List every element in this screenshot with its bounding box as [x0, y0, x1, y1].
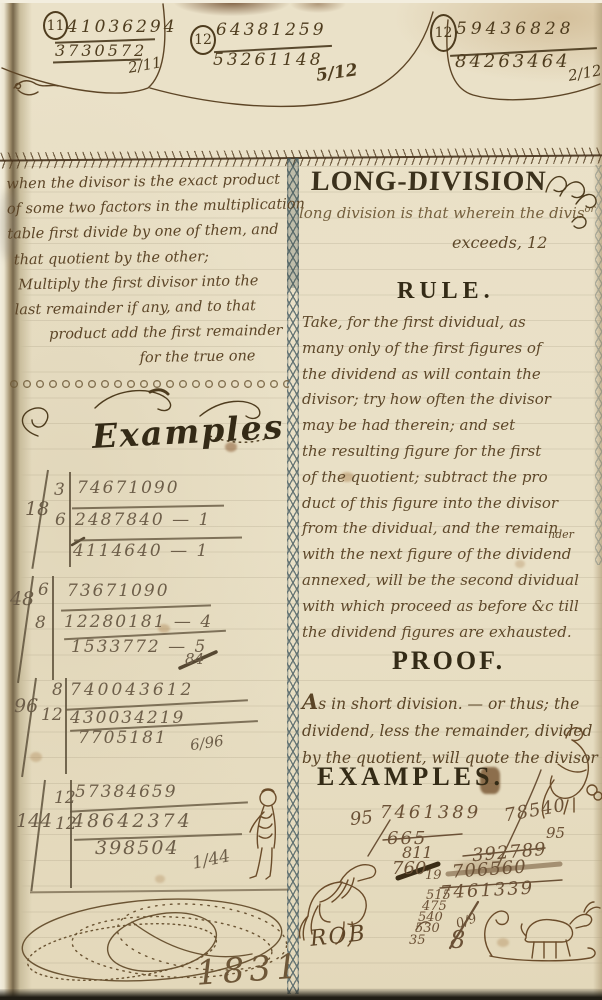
divisor-value: 12 — [435, 25, 453, 41]
factor-value: 8 — [35, 613, 46, 633]
factor-value: 12 — [54, 788, 76, 808]
bracket-slash — [21, 678, 37, 777]
work-line — [72, 505, 224, 509]
work-row: 2487840 — 1 — [75, 510, 211, 530]
division-example-1: 18 3 6 74671090 2487840 — 1 4114640 — 1 — [14, 470, 254, 575]
scratch-number: 7461339 — [440, 878, 535, 904]
subtitle-superscript: or — [585, 204, 596, 215]
rule-line: of the quotient; subtract the pro — [302, 465, 600, 491]
bracket-line — [65, 678, 67, 774]
work-note: 84 — [185, 650, 204, 668]
work-row: 398504 — [95, 837, 180, 859]
rule-line: may be had therein; and set — [302, 413, 600, 439]
scratch-work: 95 7461389 78540 95 665 811 760 392789 7… — [330, 802, 602, 967]
scratch-number: 19 — [425, 868, 442, 883]
scratch-number: 95 — [546, 824, 565, 842]
work-note: 6/96 — [189, 732, 225, 755]
divisor-value: 144 — [16, 810, 52, 832]
intro-line: for the true one — [9, 344, 295, 374]
bracket-slash — [30, 780, 46, 891]
remainder-fraction: 5/12 — [315, 60, 359, 86]
division-example-2: 48 6 8 73671090 12280181 — 4 1533772 — 5… — [6, 576, 256, 676]
rule-line: the resulting figure for the first — [302, 439, 600, 465]
divisor-circle: 11 — [43, 11, 68, 40]
proof-heading: PROOF. — [392, 646, 505, 676]
rule-line: duct of this figure into the divisor — [302, 491, 600, 517]
dividend-value: 64381259 — [216, 20, 327, 40]
divisor-value: 12 — [194, 32, 212, 48]
rule-line: annexed, will be the second dividual — [302, 568, 600, 594]
rule-line: with the next figure of the dividend — [302, 542, 600, 568]
work-row: 740043612 — [70, 680, 194, 700]
factor-value: 6 — [38, 580, 49, 600]
factor-value: 8 — [52, 680, 63, 700]
work-row: 73671090 — [67, 581, 170, 601]
work-row: 4114640 — 1 — [73, 541, 209, 561]
bracket-line — [69, 472, 71, 567]
loop-ornament-divider — [8, 378, 289, 391]
rule-line: with which proceed as before &c till — [302, 594, 600, 620]
divisor-value: 96 — [14, 695, 38, 717]
work-row: 74671090 — [77, 478, 180, 498]
rule-superscript: nder — [548, 528, 574, 541]
factor-value: 6 — [55, 510, 66, 530]
dividend-value: 41036294 — [67, 17, 178, 37]
proof-line: dividend, less the remainder, divided — [302, 718, 600, 745]
divisor-value: 18 — [25, 498, 49, 520]
examples-heading: EXAMPLES. — [317, 762, 504, 792]
divisor-circle: 12 — [430, 14, 457, 52]
scratch-number: 35 — [409, 933, 426, 948]
work-line — [61, 604, 211, 611]
work-row: 12280181 — 4 — [64, 612, 213, 632]
factor-value: 12 — [41, 705, 63, 725]
scratch-number: 760 — [392, 858, 426, 879]
dividend-value: 59436828 — [456, 19, 575, 39]
subtitle-line: long division is that wherein the diviso… — [299, 204, 595, 222]
intro-line: table first divide by one of them, and — [7, 218, 293, 248]
division-example-4: 144 12 12 57384659 48642374 398504 1/44 — [8, 780, 268, 890]
quotient-value: 84263464 — [455, 51, 571, 72]
work-row: 57384659 — [75, 782, 178, 802]
scratch-number: 95 — [349, 807, 374, 830]
rule-line: Take, for the first dividual, as — [302, 310, 600, 336]
scratch-number: 7461389 — [380, 802, 481, 823]
bracket-line — [70, 780, 72, 888]
proof-paragraph: As in short division. — or thus; the div… — [302, 688, 600, 772]
rule-line: divisor; try how often the divisor — [302, 387, 600, 413]
bracket-line — [52, 576, 54, 680]
rule-line: many only of the first figures of — [302, 336, 600, 362]
long-division-title: LONG-DIVISION — [310, 166, 547, 198]
factor-value: 3 — [54, 480, 65, 500]
page-bottom-edge — [0, 989, 602, 1000]
rule-line: the dividend figures are exhausted. — [302, 620, 600, 646]
quotient-value: 53261148 — [213, 50, 324, 70]
rule-paragraph: Take, for the first dividual, as many on… — [302, 310, 600, 645]
manuscript-page: 11 41036294 3730572 2/11 12 64381259 532… — [0, 0, 602, 1000]
subtitle-line: exceeds, 12 — [452, 233, 547, 252]
work-row: 7705181 — [78, 728, 168, 748]
proof-line: As in short division. — or thus; the — [302, 688, 600, 718]
divisor-value: 11 — [47, 18, 65, 34]
rule-line: the dividend as will contain the — [302, 362, 600, 388]
work-note: 1/44 — [190, 846, 232, 874]
subtitle-text: long division is that wherein the divis — [299, 204, 585, 222]
work-row: 48642374 — [72, 810, 193, 832]
year-mark: 1831 — [195, 946, 304, 993]
page-top-edge — [0, 0, 602, 3]
intro-paragraph: when the divisor is the exact product of… — [6, 168, 295, 375]
rule-heading: RULE. — [397, 278, 495, 305]
division-example-3: 96 8 12 740043612 430034219 7705181 6/96 — [8, 678, 268, 773]
scratch-number: 8 — [450, 926, 465, 954]
